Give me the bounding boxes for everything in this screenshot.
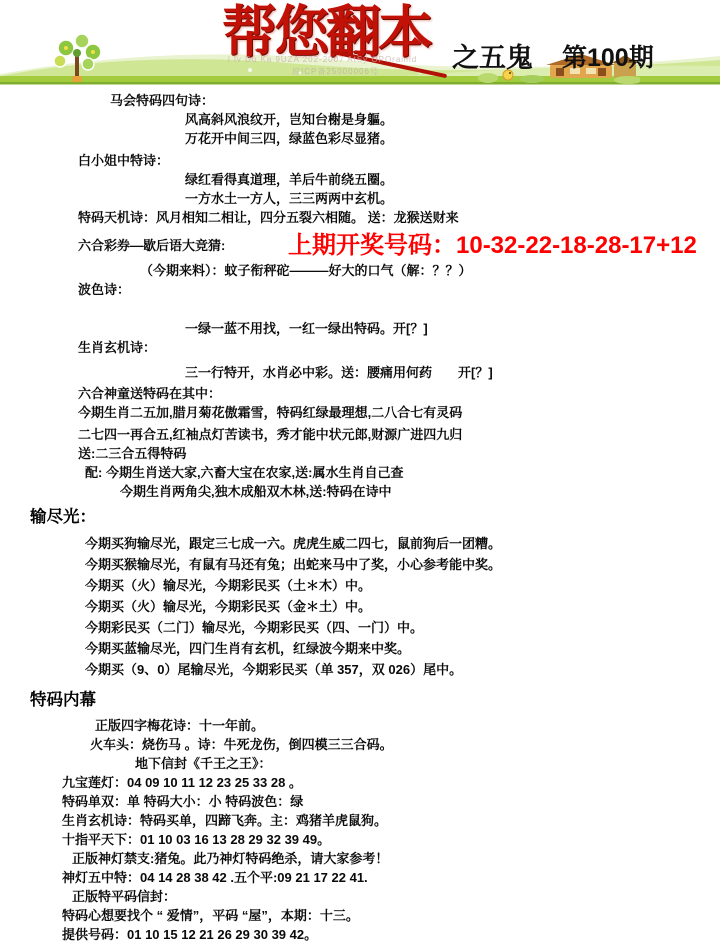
text-line: 地下信封《千王之王》： [0,754,720,773]
text-line: 六合神童送特码在其中： [0,384,720,403]
text-line: 提供号码：01 10 15 12 21 26 29 30 39 42。 [0,925,720,942]
poem-block-mid: （今期来料）：蚊子衔秤砣———好大的口气（解：？？）波色诗：一绿一蓝不用找，一红… [0,261,720,501]
text-line: 三一行特开，水肖必中彩。送：腰痛用何药 开[？] [0,363,720,382]
text-line: 今期买猴输尽光，有鼠有马还有兔；出蛇来马中了奖，小心参考能中奖。 [0,554,720,575]
page-title: 帮您翻本 [222,1,430,62]
lottery-tip-sheet: 帮您翻本 之五鬼 第100期 l lv Du Ka 9UZA 202-2007 … [0,0,720,942]
icp-watermark-text: 琼ICP备25000006号 [292,66,379,77]
text-line: （今期来料）：蚊子衔秤砣———好大的口气（解：？？） [0,261,720,280]
text-line: 一绿一蓝不用找，一红一绿出特码。开[？] [0,319,720,338]
text-line: 一方水土一方人，三三两两中玄机。 [0,189,720,208]
text-line: 白小姐中特诗： [0,151,720,170]
text-line: 今期生肖两角尖,独木成船双木林,送:特码在诗中 [0,482,720,501]
text-line: 送:二三合五得特码 [0,444,720,463]
text-line: 生肖玄机诗：特码买单，四蹄飞奔。主：鸡猪羊虎鼠狗。 [0,811,720,830]
text-line: 今期买（火）输尽光，今期彩民买（金＊土）中。 [0,596,720,617]
text-line: 万花开中间三四，绿蓝色彩尽显猪。 [0,129,720,148]
text-line: 今期生肖二五加,腊月菊花傲霜雪，特码红绿最理想,二八合七有灵码 [0,403,720,422]
watermark-text: l lv Du Ka 9UZA 202-2007 AtSy OPOramid [228,55,417,64]
text-line: 十指平天下：01 10 03 16 13 28 29 32 39 49。 [0,830,720,849]
section-title-temaneimu: 特码内幕 [0,688,720,712]
text-line: 今期买蓝输尽光，四门生肖有玄机，红绿波今期来中奖。 [0,638,720,659]
text-line: 今期买狗输尽光，跟定三七成一六。虎虎生威二四七，鼠前狗后一团糟。 [0,533,720,554]
text-line: 生肖玄机诗： [0,338,720,357]
section-title-shujinguang: 输尽光： [0,505,720,529]
text-line: 火车头：烧伤马 。诗：牛死龙伤，倒四模三三合码。 [0,735,720,754]
text-line: 风高斜风浪纹开，岂知台榭是身軀。 [0,110,720,129]
page-header: 帮您翻本 之五鬼 第100期 l lv Du Ka 9UZA 202-2007 … [0,0,720,86]
text-line: 二七四一再合五,红袖点灯苦读书，秀才能中状元郎,财源广进四九归 [0,425,720,444]
text-line: 特码心想要找个 “ 爱情”，平码 “屋”，本期：十三。 [0,906,720,925]
text-line: 配: 今期生肖送大家,六畜大宝在农家,送:属水生肖自己查 [0,463,720,482]
poem-block-top: 马会特码四句诗：风高斜风浪纹开，岂知台榭是身軀。万花开中间三四，绿蓝色彩尽显猪。… [0,91,720,227]
temaneimu-lines: 正版四字梅花诗：十一年前。火车头：烧伤马 。诗：牛死龙伤，倒四模三三合码。地下信… [0,716,720,942]
text-line: 波色诗： [0,280,720,299]
text-line: 神灯五中特：04 14 28 38 42 .五个平:09 21 17 22 41… [0,868,720,887]
text-line: 今期买（火）输尽光，今期彩民买（土＊木）中。 [0,575,720,596]
text-line: 九宝莲灯：04 09 10 11 12 23 25 33 28 。 [0,773,720,792]
text-line: 今期买（9、0）尾输尽光，今期彩民买（单 357，双 026）尾中。 [0,659,720,680]
text-line: 马会特码四句诗： [0,91,720,110]
text-line: 绿红看得真道理，羊后牛前绕五圈。 [0,170,720,189]
page-subtitle: 之五鬼 [452,36,533,75]
text-line: 特码单双：单 特码大小：小 特码波色：绿 [0,792,720,811]
riddle-label: 六合彩券—歇后语大竞猜: [78,235,225,254]
tip-sheet-body: 马会特码四句诗：风高斜风浪纹开，岂知台榭是身軀。万花开中间三四，绿蓝色彩尽显猪。… [0,86,720,942]
last-draw-numbers: 上期开奖号码：10-32-22-18-28-17+12 [288,225,697,260]
coin-tree-icon [48,34,108,86]
text-line: 正版特平码信封： [0,887,720,906]
last-draw-row: 六合彩券—歇后语大竞猜: 上期开奖号码：10-32-22-18-28-17+12 [0,227,720,257]
text-line: 正版四字梅花诗：十一年前。 [0,716,720,735]
text-line: 今期彩民买（二门）输尽光，今期彩民买（四、一门）中。 [0,617,720,638]
issue-number: 第100期 [562,38,654,74]
shujinguang-lines: 今期买狗输尽光，跟定三七成一六。虎虎生威二四七，鼠前狗后一团糟。今期买猴输尽光，… [0,533,720,680]
text-line: 正版神灯禁支:猪兔。此乃神灯特码绝杀，请大家参考！ [0,849,720,868]
